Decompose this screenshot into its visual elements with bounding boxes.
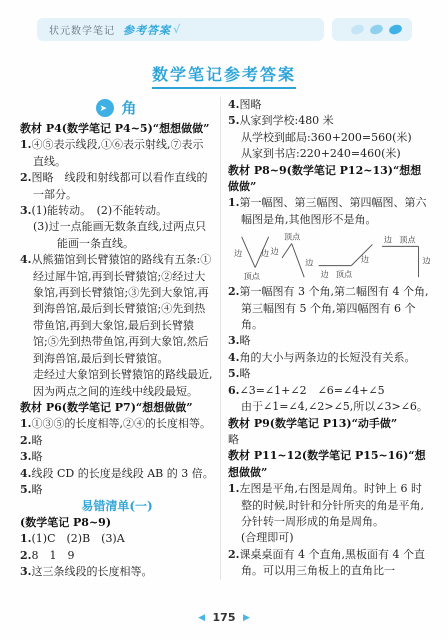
vertex-label: 顶点 bbox=[399, 235, 416, 245]
item-number: 4. bbox=[228, 351, 239, 364]
item-text: 8 1 9 bbox=[31, 549, 74, 562]
answer-continuation: 由于∠1=∠4,∠2>∠5,所以∠3>∠6。 bbox=[241, 399, 432, 415]
prev-page-icon[interactable]: ◀ bbox=[198, 613, 205, 623]
answer-item: 1.第一幅图、第三幅图、第四幅图、第六幅图是角,其他图形不是角。 bbox=[228, 195, 432, 228]
material-heading: 教材 P6(数学笔记 P7)“想想做做” bbox=[20, 400, 214, 416]
item-text: 从家到学校:480 米 bbox=[239, 114, 333, 127]
angle-figure-open: 边 顶点 边 bbox=[319, 245, 373, 280]
side-label: 边 bbox=[361, 254, 369, 264]
answer-item: 4.角的大小与两条边的长短没有关系。 bbox=[228, 350, 432, 366]
item-number: 1. bbox=[228, 482, 239, 495]
section-title: 角 bbox=[121, 99, 137, 117]
item-text: (1)能转动。 (2)不能转动。 bbox=[31, 204, 167, 217]
item-text: 线段 CD 的长度是线段 AB 的 3 倍。 bbox=[31, 467, 213, 480]
material-heading: 教材 P9(数学笔记 P13)“动手做” bbox=[228, 416, 432, 432]
answer-continuation: 从家到书店:220+240=460(米) bbox=[241, 146, 432, 162]
right-column: 4.图略 5.从家到学校:480 米 从学校到邮局:360+200=560(米)… bbox=[221, 97, 432, 580]
answer-item: 3.略 bbox=[228, 333, 432, 349]
item-number: 1. bbox=[20, 417, 31, 430]
item-text: 第一幅图、第三幅图、第四幅图、第六幅图是角,其他图形不是角。 bbox=[239, 196, 426, 225]
item-number: 3. bbox=[228, 334, 239, 347]
answer-item: 2.略 bbox=[20, 433, 214, 449]
dot-icon bbox=[388, 23, 403, 36]
item-number: 3. bbox=[20, 565, 31, 578]
answer-page: 状元数学笔记 参考答案 √ 数学笔记参考答案 ➤角 教材 P4(数学笔记 P4~… bbox=[0, 0, 448, 640]
item-number: 5. bbox=[228, 367, 239, 380]
answer-item: 1.①③⑤的长度相等,②④的长度相等。 bbox=[20, 416, 214, 432]
answer-item: 2.8 1 9 bbox=[20, 548, 214, 564]
item-text: 角的大小与两条边的长短没有关系。 bbox=[239, 351, 415, 364]
page-title-text: 数学笔记参考答案 bbox=[152, 62, 296, 89]
item-number: 1. bbox=[20, 138, 31, 151]
item-text: 图略 bbox=[239, 98, 261, 111]
page-footer: ◀ 175 ▶ bbox=[0, 611, 448, 624]
material-heading: 教材 P4(数学笔记 P4~5)“想想做做” bbox=[20, 121, 214, 137]
item-text: ∠3=∠1+∠2 ∠6=∠4+∠5 bbox=[239, 384, 384, 397]
item-number: 3. bbox=[20, 450, 31, 463]
material-heading: 教材 P8~9(数学笔记 P12~13)“想想做做” bbox=[228, 163, 432, 196]
angle-diagrams: 边 边 顶点 顶点 边 边 边 顶点 bbox=[234, 230, 432, 282]
answer-item: 2.图略 线段和射线都可以看作直线的一部分。 bbox=[20, 170, 214, 203]
item-text: 课桌桌面有 4 个直角,黑板面有 4 个直角。可以用三角板上的直角比一 bbox=[239, 548, 424, 577]
item-text: 略 bbox=[239, 367, 250, 380]
item-number: 5. bbox=[20, 483, 31, 496]
error-list-heading: 易错清单(一) bbox=[20, 498, 214, 514]
item-number: 1. bbox=[20, 532, 31, 545]
material-heading: (数学笔记 P8~9) bbox=[20, 515, 214, 531]
side-label: 边 bbox=[271, 246, 279, 256]
answer-item: 6.∠3=∠1+∠2 ∠6=∠4+∠5 bbox=[228, 383, 432, 399]
vertex-label: 顶点 bbox=[284, 232, 301, 242]
answer-item: 3.这三条线段的长度相等。 bbox=[20, 564, 214, 580]
section-heading: ➤角 bbox=[20, 99, 214, 117]
item-number: 4. bbox=[228, 98, 239, 111]
angle-side-line bbox=[242, 237, 255, 268]
brand-bar: 状元数学笔记 参考答案 √ bbox=[37, 18, 324, 41]
answer-item: 5.略 bbox=[20, 482, 214, 498]
side-label: 边 bbox=[321, 269, 329, 279]
item-text: 略 bbox=[31, 434, 42, 447]
left-column: ➤角 教材 P4(数学笔记 P4~5)“想想做做” 1.④⑤表示线段,①⑥表示射… bbox=[20, 97, 220, 580]
item-number: 2. bbox=[20, 434, 31, 447]
item-text: 第一幅图有 3 个角,第二幅图有 4 个角,第三幅图有 5 个角,第四幅图有 6… bbox=[239, 285, 428, 331]
dot-icon bbox=[350, 23, 365, 36]
item-number: 2. bbox=[228, 548, 239, 561]
item-text: 从熊猫馆到长臂猿馆的路线有五条:①经过犀牛馆,再到长臂猿馆;②经过大象馆,再到长… bbox=[31, 253, 211, 364]
answer-subitem: (3)过一点能画无数条直线,过两点只能画一条直线。 bbox=[33, 219, 214, 252]
answer-item: 1.左图是平角,右图是周角。时钟上 6 时整的时候,时针和分针所夹的角是平角,分… bbox=[228, 481, 432, 530]
answer-item: 4.图略 bbox=[228, 97, 432, 113]
item-number: 6. bbox=[228, 384, 239, 397]
answer-item: 5.略 bbox=[228, 366, 432, 382]
answer-item: 1.④⑤表示线段,①⑥表示射线,⑦表示直线。 bbox=[20, 137, 214, 170]
vertex-label: 顶点 bbox=[244, 271, 261, 281]
side-label: 边 bbox=[234, 248, 242, 258]
item-number: 2. bbox=[20, 549, 31, 562]
angle-figure-peak: 顶点 边 边 bbox=[271, 232, 314, 277]
check-icon: √ bbox=[173, 23, 180, 36]
angle-side-line bbox=[282, 244, 292, 258]
top-bar: 状元数学笔记 参考答案 √ bbox=[37, 18, 412, 41]
answer-item: 1.(1)C (2)B (3)A bbox=[20, 531, 214, 547]
item-number: 2. bbox=[228, 285, 239, 298]
angle-figure-v: 边 边 顶点 bbox=[234, 237, 269, 281]
item-number: 3. bbox=[20, 204, 31, 217]
side-label: 边 bbox=[305, 258, 313, 268]
item-text: ①③⑤的长度相等,②④的长度相等。 bbox=[31, 417, 211, 430]
material-heading: 教材 P11~12(数学笔记 P15~16)“想想做做” bbox=[228, 448, 432, 481]
brand-highlight-label: 参考答案 bbox=[123, 22, 171, 38]
answer-item: 4.从熊猫馆到长臂猿馆的路线有五条:①经过犀牛馆,再到长臂猿馆;②经过大象馆,再… bbox=[20, 252, 214, 367]
item-number: 5. bbox=[228, 114, 239, 127]
item-text: 左图是平角,右图是周角。时钟上 6 时整的时候,时针和分针所夹的角是平角,分针转… bbox=[239, 482, 424, 528]
item-text: ④⑤表示线段,①⑥表示射线,⑦表示直线。 bbox=[31, 138, 203, 167]
page-number: 175 bbox=[213, 611, 236, 624]
item-text: 图略 线段和射线都可以看作直线的一部分。 bbox=[31, 171, 207, 200]
item-text: 略 bbox=[31, 450, 42, 463]
answer-item: 5.从家到学校:480 米 bbox=[228, 113, 432, 129]
answer-item: 4.线段 CD 的长度是线段 AB 的 3 倍。 bbox=[20, 466, 214, 482]
item-text: (1)C (2)B (3)A bbox=[31, 532, 124, 545]
answer-continuation: (合理即可) bbox=[241, 530, 432, 546]
answer-plain: 略 bbox=[228, 432, 432, 448]
item-number: 4. bbox=[20, 467, 31, 480]
page-title: 数学笔记参考答案 bbox=[0, 50, 448, 89]
decorative-dots-box bbox=[332, 18, 412, 41]
item-text: 略 bbox=[31, 483, 42, 496]
rocket-icon: ➤ bbox=[96, 99, 114, 117]
item-number: 1. bbox=[228, 196, 239, 209]
item-number: 4. bbox=[20, 253, 31, 266]
angle-side-line bbox=[292, 244, 304, 278]
content-columns: ➤角 教材 P4(数学笔记 P4~5)“想想做做” 1.④⑤表示线段,①⑥表示射… bbox=[20, 97, 432, 580]
answer-continuation: 从学校到邮局:360+200=560(米) bbox=[241, 130, 432, 146]
answer-item: 2.第一幅图有 3 个角,第二幅图有 4 个角,第三幅图有 5 个角,第四幅图有… bbox=[228, 284, 432, 333]
item-text: 这三条线段的长度相等。 bbox=[31, 565, 152, 578]
next-page-icon[interactable]: ▶ bbox=[243, 613, 250, 623]
answer-continuation: 走经过大象馆到长臂猿馆的路线最近,因为两点之间的连线中线段最短。 bbox=[33, 367, 214, 400]
angle-figure-right: 边 顶点 边 bbox=[382, 235, 431, 278]
item-number: 2. bbox=[20, 171, 31, 184]
answer-item: 3.略 bbox=[20, 449, 214, 465]
brand-label: 状元数学笔记 bbox=[49, 22, 115, 37]
answer-item: 2.课桌桌面有 4 个直角,黑板面有 4 个直角。可以用三角板上的直角比一 bbox=[228, 547, 432, 580]
side-label: 边 bbox=[422, 256, 430, 266]
item-text: 略 bbox=[239, 334, 250, 347]
side-label: 边 bbox=[384, 235, 392, 245]
side-label: 边 bbox=[261, 248, 269, 258]
vertex-label: 顶点 bbox=[336, 269, 353, 279]
answer-item: 3.(1)能转动。 (2)不能转动。 bbox=[20, 203, 214, 219]
dot-icon bbox=[369, 23, 384, 36]
